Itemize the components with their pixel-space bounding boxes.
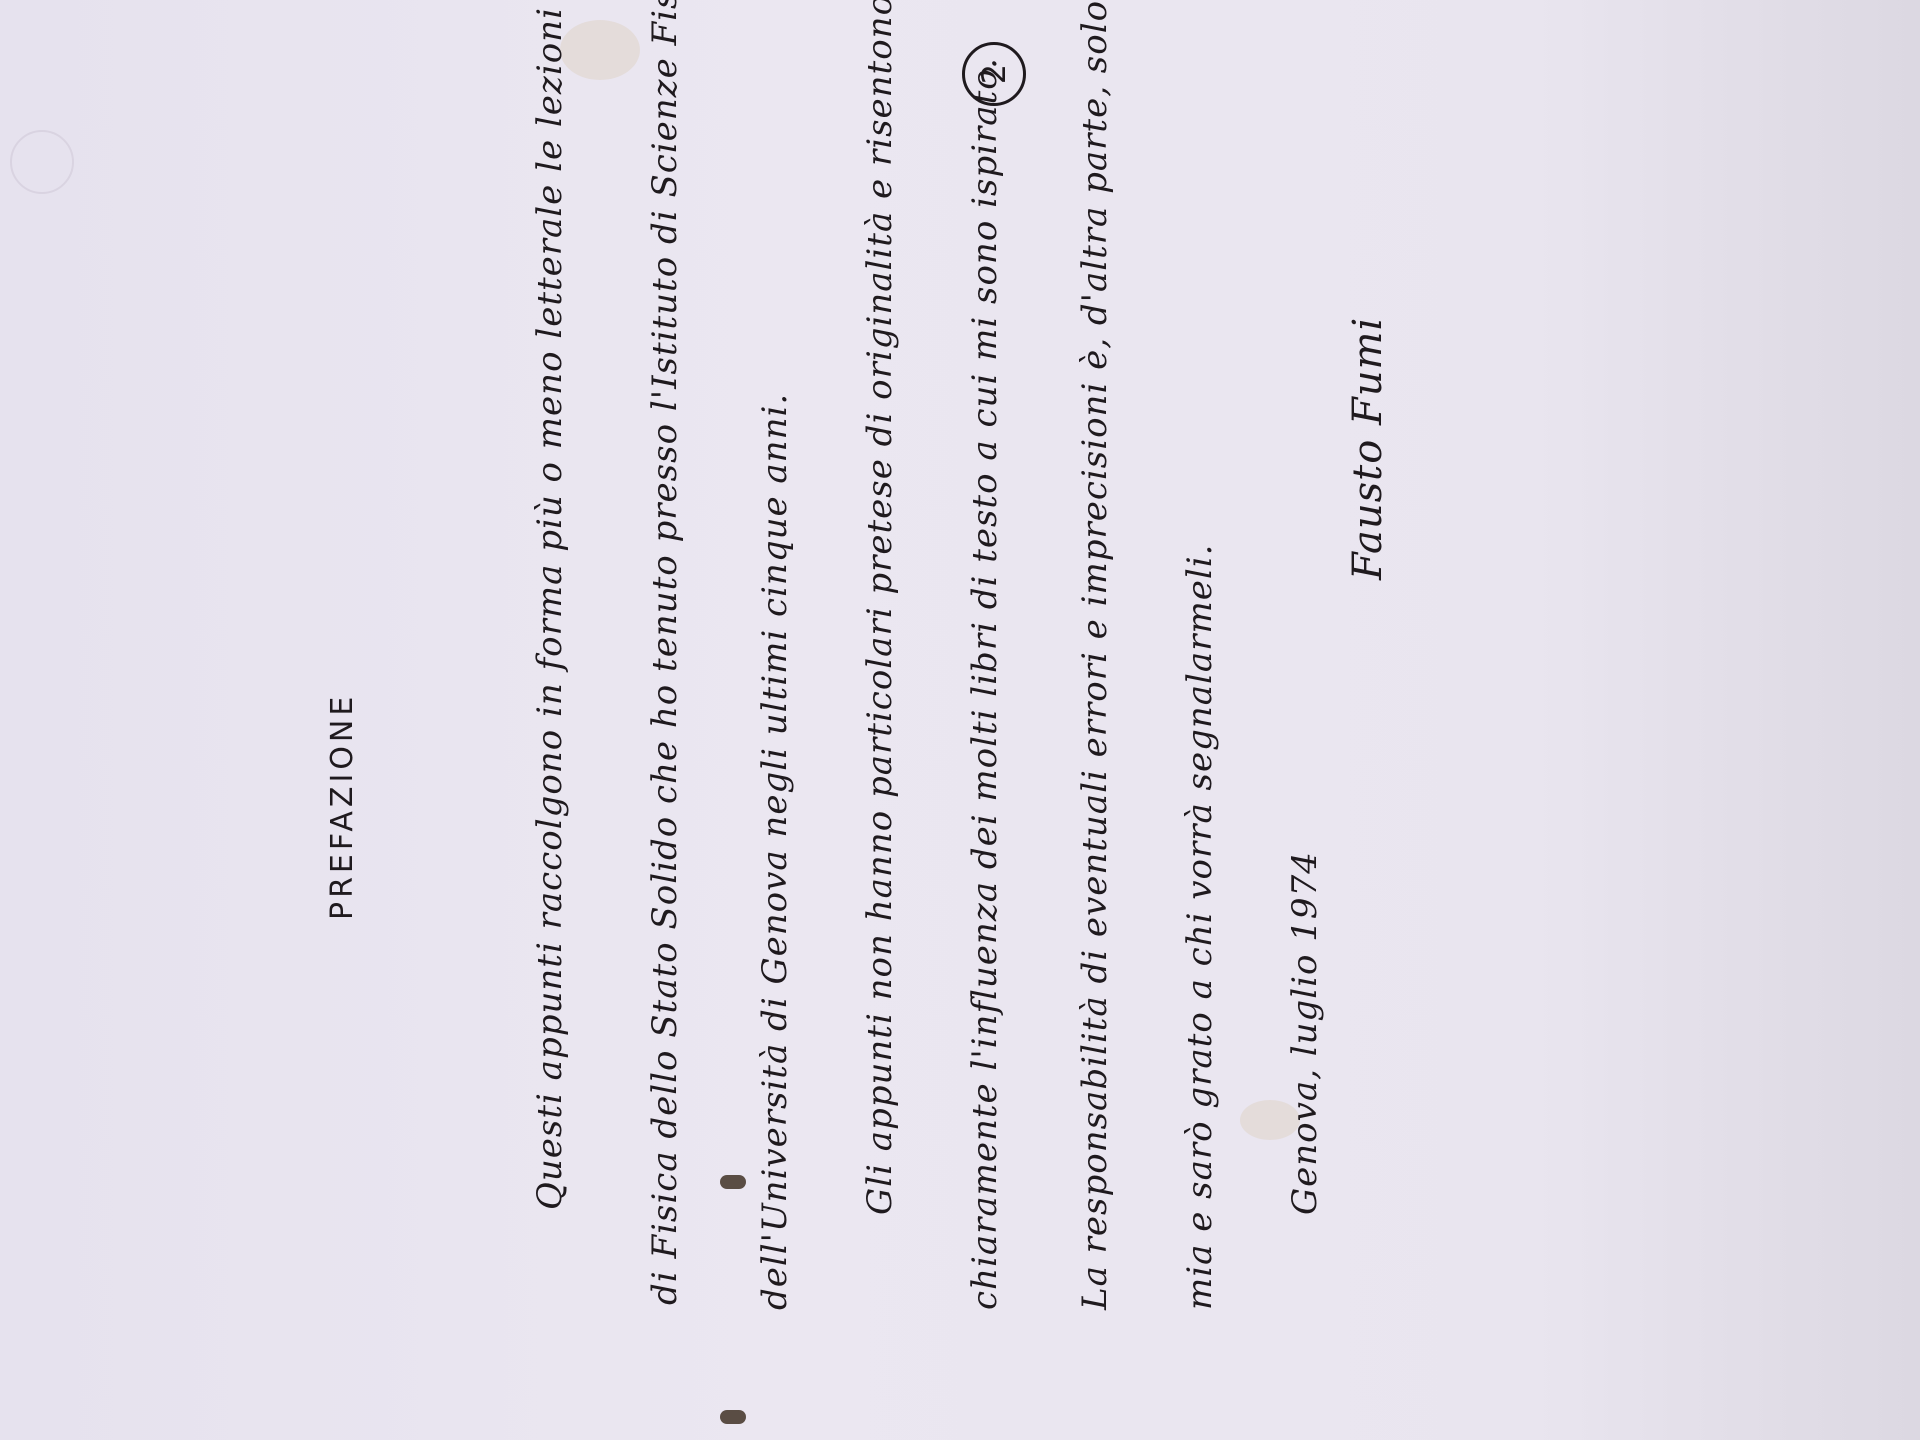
text-line-6: La responsabilità di eventuali errori e … xyxy=(1075,0,1115,1310)
text-line-1: Questi appunti raccolgono in forma più o… xyxy=(530,7,570,1210)
binder-hole xyxy=(720,1410,746,1424)
bleed-through-mark xyxy=(10,130,74,194)
paper-stain xyxy=(560,20,640,80)
text-line-4: Gli appunti non hanno particolari pretes… xyxy=(860,0,900,1215)
handwritten-page: 2 PREFAZIONE Questi appunti raccolgono i… xyxy=(0,0,1920,1440)
page-title: PREFAZIONE xyxy=(325,693,360,920)
text-line-5: chiaramente l'influenza dei molti libri … xyxy=(965,57,1005,1310)
text-line-3: dell'Università di Genova negli ultimi c… xyxy=(755,393,795,1310)
text-line-2: di Fisica dello Stato Solido che ho tenu… xyxy=(645,0,685,1305)
signature: Fausto Fumi xyxy=(1345,317,1391,580)
binder-hole xyxy=(720,1175,746,1189)
place-date: Genova, luglio 1974 xyxy=(1285,851,1325,1215)
text-line-7: mia e sarò grato a chi vorrà segnalarmel… xyxy=(1180,544,1220,1310)
